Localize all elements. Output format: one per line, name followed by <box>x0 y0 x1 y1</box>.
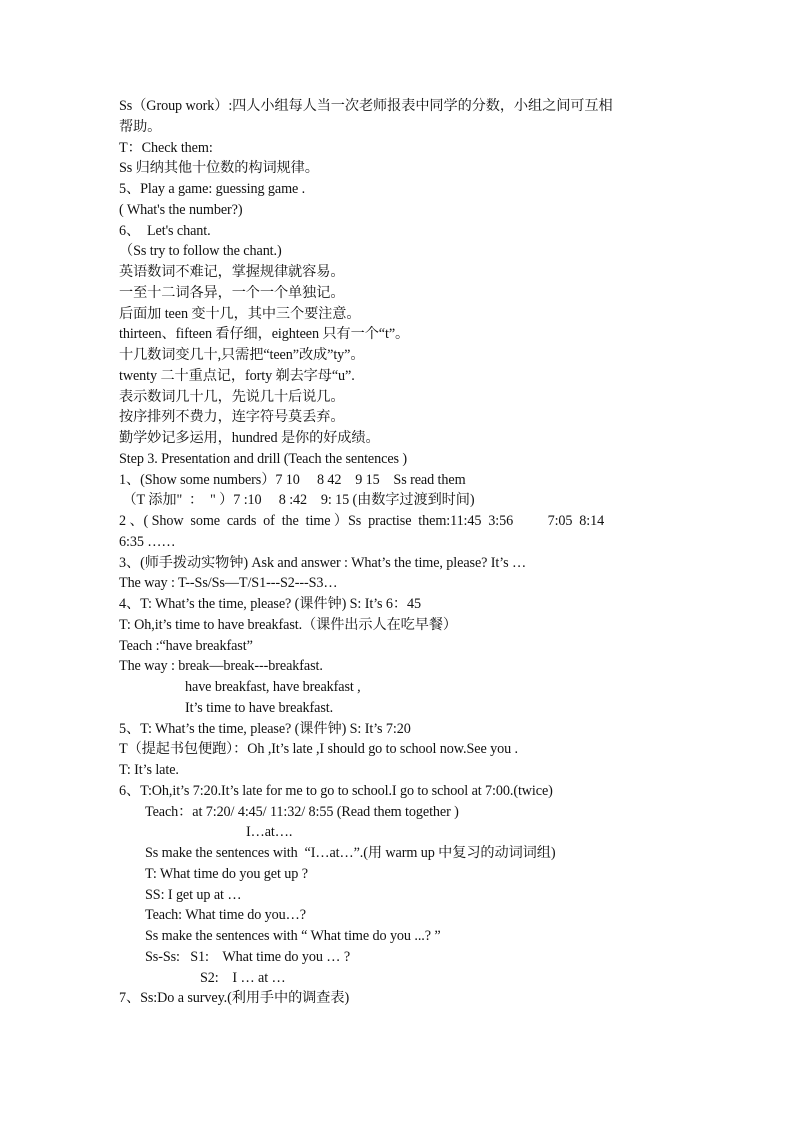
lesson-plan-body: Ss（Group work）:四人小组每人当一次老师报表中同学的分数，小组之间可… <box>119 96 679 1009</box>
chant-line: 十几数词变几十,只需把“teen”改成”ty”。 <box>119 345 679 366</box>
text-line-indented: Ss make the sentences with “ What time d… <box>119 926 679 947</box>
document-page: Ss（Group work）:四人小组每人当一次老师报表中同学的分数，小组之间可… <box>0 0 793 1122</box>
text-line: 6:35 …… <box>119 532 679 553</box>
text-line: （Ss try to follow the chant.) <box>119 241 679 262</box>
text-line: Ss（Group work）:四人小组每人当一次老师报表中同学的分数，小组之间可… <box>119 96 679 117</box>
text-line-indented: S2: I … at … <box>119 968 679 989</box>
text-line-indented: Teach：at 7:20/ 4:45/ 11:32/ 8:55 (Read t… <box>119 802 679 823</box>
text-line: 7、Ss:Do a survey.(利用手中的调查表) <box>119 988 679 1009</box>
text-line: 5、T: What’s the time, please? (课件钟) S: I… <box>119 719 679 740</box>
text-line-indented: have breakfast, have breakfast , <box>119 677 679 698</box>
chant-line: 勤学妙记多运用，hundred 是你的好成绩。 <box>119 428 679 449</box>
section-heading-chant: 6、 Let's chant. <box>119 221 679 242</box>
text-line-indented: Ss make the sentences with “I…at…”.(用 wa… <box>119 843 679 864</box>
text-line-indented: SS: I get up at … <box>119 885 679 906</box>
chant-line: twenty 二十重点记，forty 剃去字母“u”. <box>119 366 679 387</box>
text-line: 1、(Show some numbers）7 10 8 42 9 15 Ss r… <box>119 470 679 491</box>
text-line-indented: Teach: What time do you…? <box>119 905 679 926</box>
text-line: T（提起书包便跑）：Oh ,It’s late ,I should go to … <box>119 739 679 760</box>
chant-line: thirteen、fifteen 看仔细，eighteen 只有一个“t”。 <box>119 324 679 345</box>
text-line: 3、(师手拨动实物钟) Ask and answer : What’s the … <box>119 553 679 574</box>
text-line-indented: Ss-Ss: S1: What time do you … ? <box>119 947 679 968</box>
step-heading: Step 3. Presentation and drill (Teach th… <box>119 449 679 470</box>
chant-line: 后面加 teen 变十几，其中三个要注意。 <box>119 304 679 325</box>
chant-line: 一至十二词各异，一个一个单独记。 <box>119 283 679 304</box>
section-heading-game: 5、Play a game: guessing game . <box>119 179 679 200</box>
text-line: T：Check them: <box>119 138 679 159</box>
text-line: 4、T: What’s the time, please? (课件钟) S: I… <box>119 594 679 615</box>
text-line: 帮助。 <box>119 117 679 138</box>
chant-line: 表示数词几十几，先说几十后说几。 <box>119 387 679 408</box>
text-line: 6、T:Oh,it’s 7:20.It’s late for me to go … <box>119 781 679 802</box>
text-line-indented: It’s time to have breakfast. <box>119 698 679 719</box>
text-line-indented: I…at…. <box>119 822 679 843</box>
text-line: ( What's the number?) <box>119 200 679 221</box>
text-line: Teach :“have breakfast” <box>119 636 679 657</box>
text-line: 2 、( Show some cards of the time ）Ss pra… <box>119 511 679 532</box>
text-line: T: Oh,it’s time to have breakfast.（课件出示人… <box>119 615 679 636</box>
text-line: （T 添加" ： " ）7 :10 8 :42 9: 15 (由数字过渡到时间) <box>119 490 679 511</box>
text-line: Ss 归纳其他十位数的构词规律。 <box>119 158 679 179</box>
text-line: The way : break—break---breakfast. <box>119 656 679 677</box>
text-line: T: It’s late. <box>119 760 679 781</box>
chant-line: 按序排列不费力，连字符号莫丢弃。 <box>119 407 679 428</box>
text-line: The way : T--Ss/Ss—T/S1---S2---S3… <box>119 573 679 594</box>
text-line-indented: T: What time do you get up ? <box>119 864 679 885</box>
chant-line: 英语数词不难记，掌握规律就容易。 <box>119 262 679 283</box>
